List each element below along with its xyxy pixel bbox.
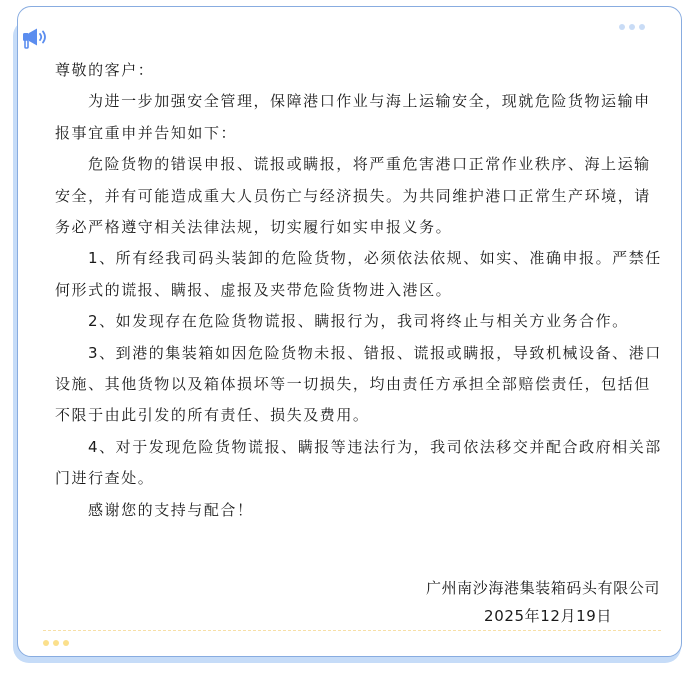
dot-icon <box>43 640 49 646</box>
dots-decoration-top <box>619 24 645 30</box>
rule-item-2: 2、如发现存在危险货物谎报、瞒报行为，我司将终止与相关方业务合作。 <box>55 306 665 337</box>
company-name: 广州南沙海港集装箱码头有限公司 <box>426 574 660 602</box>
intro-paragraph: 为进一步加强安全管理，保障港口作业与海上运输安全，现就危险货物运输申报事宜重申并… <box>55 86 665 149</box>
dot-icon <box>629 24 635 30</box>
rule-item-3: 3、到港的集装箱如因危险货物未报、错报、谎报或瞒报，导致机械设备、港口设施、其他… <box>55 338 665 432</box>
salutation: 尊敬的客户： <box>55 55 665 86</box>
dashed-divider <box>43 630 661 631</box>
warning-paragraph: 危险货物的错误申报、谎报或瞒报，将严重危害港口正常作业秩序、海上运输安全，并有可… <box>55 149 665 243</box>
dot-icon <box>53 640 59 646</box>
notice-body: 尊敬的客户： 为进一步加强安全管理，保障港口作业与海上运输安全，现就危险货物运输… <box>55 55 665 526</box>
dot-icon <box>619 24 625 30</box>
dot-icon <box>63 640 69 646</box>
rule-item-4: 4、对于发现危险货物谎报、瞒报等违法行为，我司依法移交并配合政府相关部门进行查处… <box>55 432 665 495</box>
dot-icon <box>639 24 645 30</box>
rule-item-1: 1、所有经我司码头装卸的危险货物，必须依法依规、如实、准确申报。严禁任何形式的谎… <box>55 243 665 306</box>
dots-decoration-bottom <box>43 640 69 646</box>
megaphone-icon <box>22 27 48 49</box>
notice-date: 2025年12月19日 <box>426 602 660 630</box>
closing-thanks: 感谢您的支持与配合！ <box>55 495 665 526</box>
signature-block: 广州南沙海港集装箱码头有限公司 2025年12月19日 <box>426 574 660 630</box>
